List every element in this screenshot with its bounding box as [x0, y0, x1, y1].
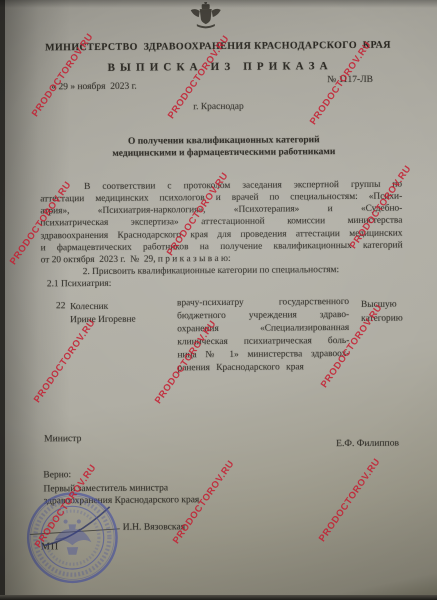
minister-label: Министр: [44, 433, 81, 444]
body-paragraph: В соответствии с протоколом заседания эк…: [40, 179, 403, 267]
ministry-title: МИНИСТЕРСТВО ЗДРАВООХРАНЕНИЯ КРАСНОДАРСК…: [16, 39, 420, 53]
subject-line-2: медицинскими и фармацевтическими работни…: [27, 145, 421, 160]
minister-name: Е.Ф. Филиппов: [336, 438, 399, 449]
row-category: Высшую категорию: [361, 298, 421, 325]
row-number: 22: [56, 301, 65, 311]
category-line: категорию: [361, 312, 421, 326]
document-city: г. Краснодар: [16, 100, 420, 113]
category-line: Высшую: [361, 298, 421, 312]
position-line: ранения Краснодарского края: [177, 361, 349, 375]
row-position: врачу-психиатру государственного бюджетн…: [177, 296, 350, 375]
verno-label: Верно:: [43, 468, 168, 482]
official-round-stamp: [24, 490, 120, 586]
position-line: ница № 1» министерства здравоох-: [177, 348, 349, 362]
row-person-name: Колесник Ирине Игоревне: [70, 300, 176, 327]
document-number: № 1117-ЛВ: [327, 75, 373, 85]
body-line: от 20 октября 2023 г. № 29, п р и к а з …: [41, 251, 403, 266]
krasnodar-krai-coat-of-arms-icon: [189, 2, 223, 30]
name-line: Ирине Игоревне: [70, 313, 176, 327]
name-line: Колесник: [70, 300, 176, 314]
order-item-1: 2. Присвоить квалификационные категории …: [83, 265, 339, 277]
document-date: « 29 » ноября 2023 г.: [51, 82, 137, 93]
document-content: МИНИСТЕРСТВО ЗДРАВООХРАНЕНИЯ КРАСНОДАРСК…: [0, 0, 437, 600]
scanned-order-extract-document: МИНИСТЕРСТВО ЗДРАВООХРАНЕНИЯ КРАСНОДАРСК…: [0, 0, 437, 600]
order-item-2: 2.1 Психиатрия:: [47, 279, 112, 290]
document-type-title: В Ы П И С К А И З П Р И К А З А: [16, 59, 420, 74]
document-subject: О получении квалификационных категорий м…: [27, 133, 421, 160]
